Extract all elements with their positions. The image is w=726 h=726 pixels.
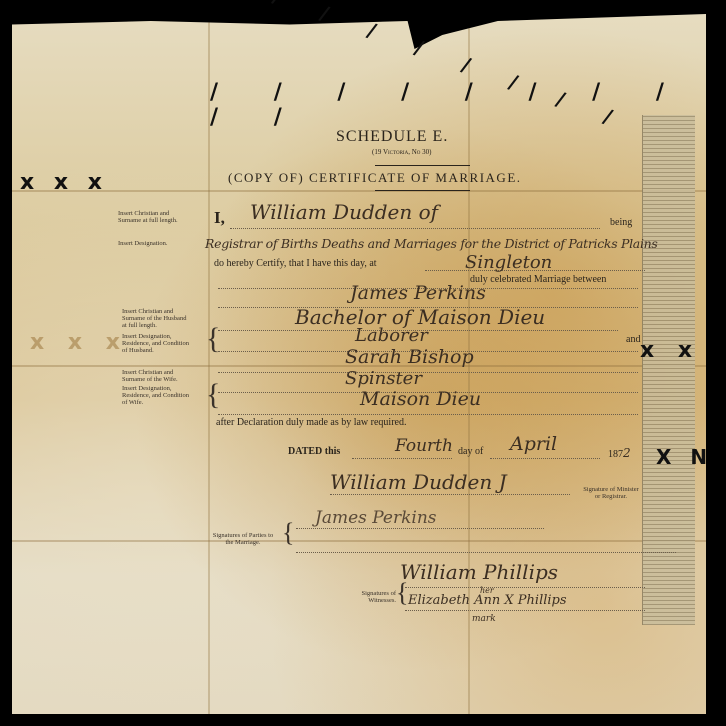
margin-label-witness-signatures: Signatures of Witnesses. [336,590,396,604]
registrar-signature: William Dudden J [330,470,507,494]
dotted-line [405,610,645,611]
rule [375,190,470,191]
label-registrar-signature: Signature of Minister or Registrar. [580,486,642,500]
margin-label-wife-details: Insert Designation, Residence, and Condi… [122,385,194,406]
certificate-title: (COPY OF) CERTIFICATE OF MARRIAGE. [228,170,522,186]
label-and: and [626,334,640,345]
dotted-line [218,414,638,415]
dotted-line [352,458,452,459]
handwritten-husband-designation: Laborer [355,325,428,346]
dotted-line [296,528,544,529]
dotted-line [490,458,600,459]
cross-marks: X N [656,445,713,469]
brace-parties: { [282,518,294,548]
margin-label-registrar-name: Insert Christian and Surname at full len… [118,210,188,224]
label-i: I, [214,208,225,228]
label-declaration: after Declaration duly made as by law re… [216,417,406,428]
cross-marks: x x [640,338,700,363]
witness-signature-2: Elizabeth Ann X Phillips [408,593,567,608]
label-day-of: day of [458,446,483,457]
fold-crease [12,540,706,542]
fold-crease [12,190,706,192]
handwritten-wife-name: Sarah Bishop [345,346,474,368]
schedule-heading: SCHEDULE E. [336,128,448,146]
witness-signature-1: William Phillips [400,560,558,584]
cross-marks: x x x [20,170,108,195]
margin-label-husband-details: Insert Designation, Residence, and Condi… [122,333,194,354]
margin-label-designation: Insert Designation. [118,240,188,247]
year-prefix: 187 [608,449,623,460]
handwritten-day: Fourth [395,436,453,456]
guilloche-border-strip [642,115,695,625]
witness-mark-label: mark [472,614,496,624]
handwritten-registrar-name: William Dudden of [250,200,438,224]
dotted-line [218,372,638,373]
handwritten-registrar-designation: Registrar of Births Deaths and Marriages… [205,236,658,251]
faded-cross-marks: x x x [30,330,128,355]
label-being: being [610,217,632,228]
handwritten-place: Singleton [465,252,552,273]
margin-label-husband-name: Insert Christian and Surname of the Husb… [122,308,192,329]
label-celebrated: duly celebrated Marriage between [470,274,606,285]
handwritten-wife-condition: Spinster [345,368,422,389]
label-dated-this: DATED this [288,446,340,457]
rule [375,165,470,166]
handwritten-month: April [510,433,557,455]
label-year: 1872 [608,446,631,460]
act-reference: (19 Victoria, No 30) [372,148,431,156]
dotted-line [230,228,600,229]
margin-label-party-signatures: Signatures of Parties to the Marriage. [208,532,278,546]
tally-marks: / / / / / / / / / / [210,80,726,130]
dotted-line [296,552,676,553]
handwritten-wife-residence: Maison Dieu [360,388,481,410]
handwritten-husband-name: James Perkins [350,282,486,304]
witness-mark-her: her [480,586,494,595]
party-signature: James Perkins [315,508,437,528]
brace-wife: { [206,378,220,412]
dotted-line [405,587,645,588]
dotted-line [330,494,570,495]
handwritten-year-suffix: 2 [623,446,631,460]
label-certify: do hereby Certify, that I have this day,… [214,258,377,269]
margin-label-wife-name: Insert Christian and Surname of the Wife… [122,369,192,383]
